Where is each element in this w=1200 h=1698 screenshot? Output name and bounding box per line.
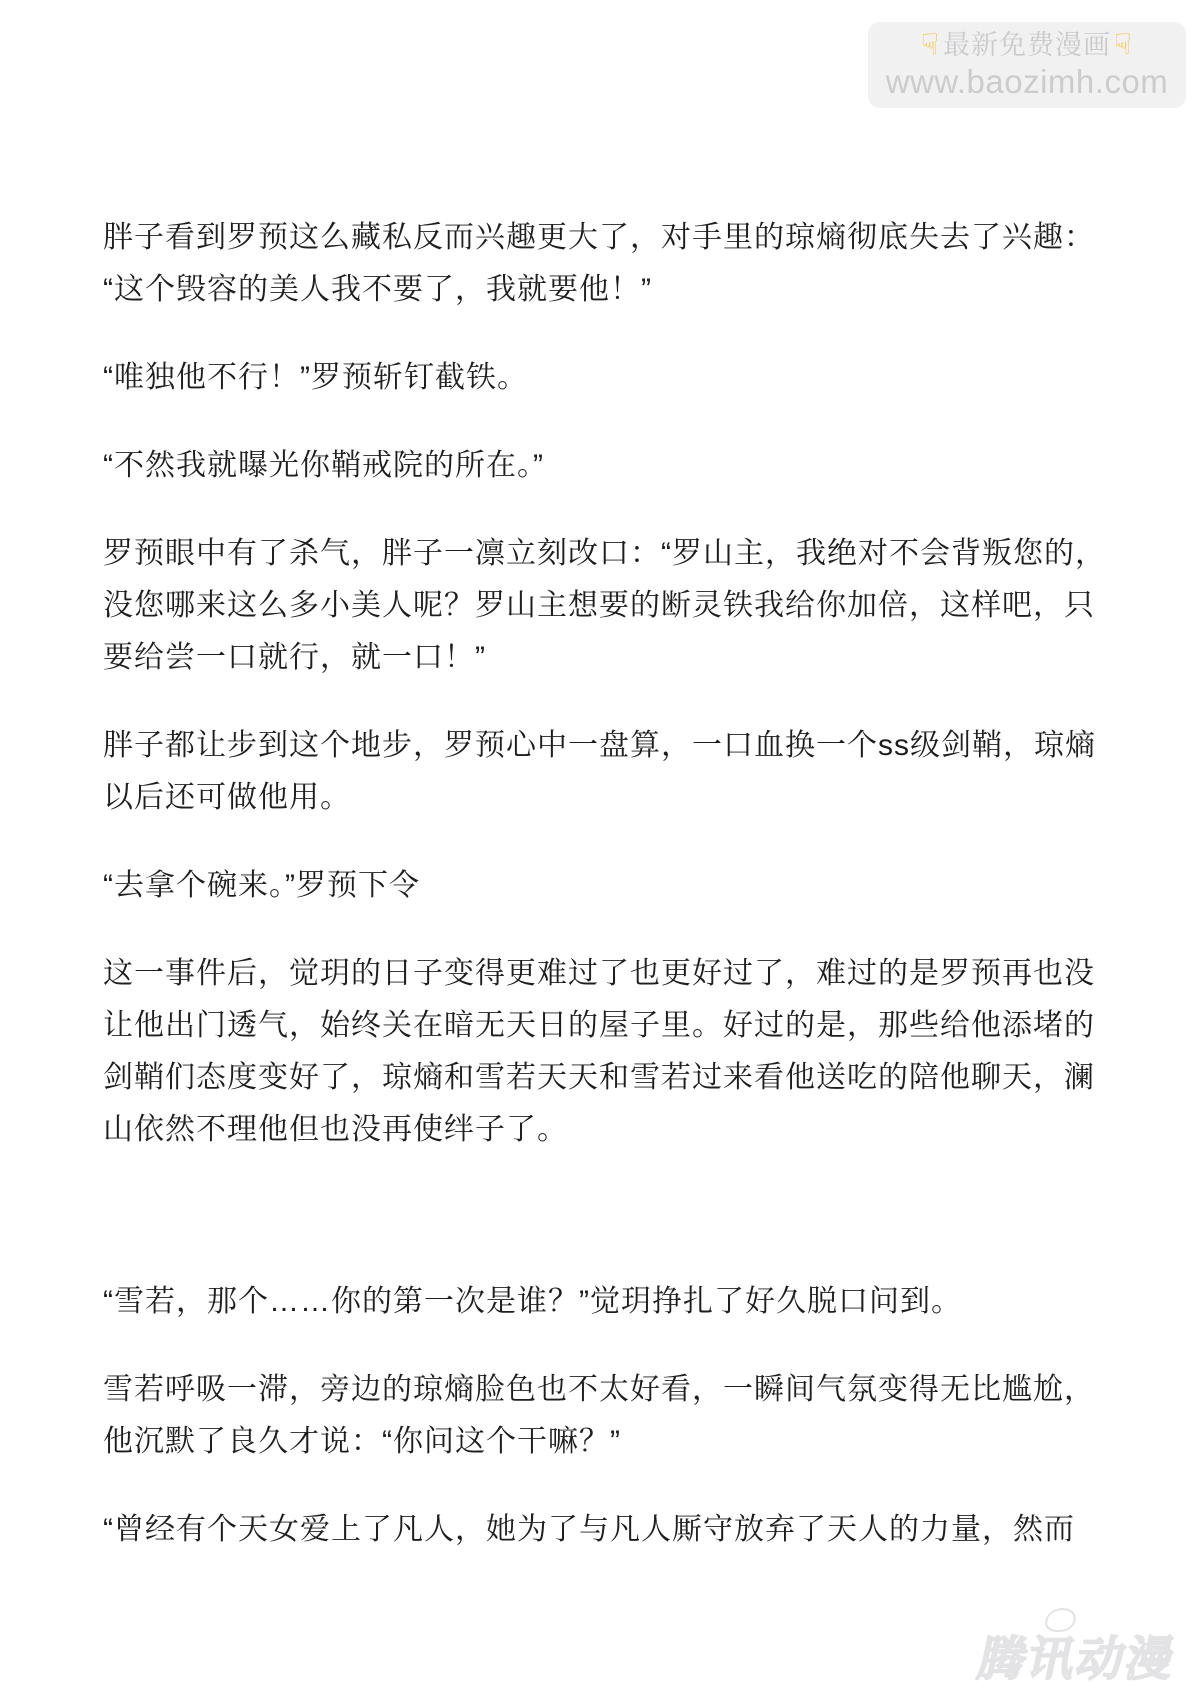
tencent-logo-text: 腾讯动漫: [974, 1632, 1181, 1685]
novel-text: 胖子看到罗预这么藏私反而兴趣更大了，对手里的琼熵彻底失去了兴趣： “这个毁容的美…: [103, 212, 1113, 1592]
badge-url: www.baozimh.com: [886, 62, 1169, 102]
badge-title: 最新免费漫画: [943, 30, 1111, 60]
paragraph: 胖子都让步到这个地步，罗预心中一盘算，一口血换一个ss级剑鞘，琼熵 以后还可做他…: [103, 720, 1113, 824]
paragraph: “雪若，那个……你的第一次是谁？”觉玥挣扎了好久脱口问到。: [103, 1276, 1113, 1328]
down-pointing-hand-icon: ☟: [921, 29, 940, 61]
tencent-comics-watermark: 腾讯动漫: [973, 1622, 1183, 1689]
paragraph: “去拿个碗来。”罗预下令: [103, 860, 1113, 912]
baozimh-watermark-badge[interactable]: ☟最新免费漫画☟ www.baozimh.com: [868, 22, 1186, 108]
paragraph: “不然我就曝光你鞘戒院的所在。”: [103, 440, 1113, 492]
paragraph: “曾经有个天女爱上了凡人，她为了与凡人厮守放弃了天人的力量，然而: [103, 1504, 1113, 1556]
down-pointing-hand-icon: ☟: [1114, 29, 1133, 61]
paragraph: “唯独他不行！”罗预斩钉截铁。: [103, 352, 1113, 404]
paragraph: 胖子看到罗预这么藏私反而兴趣更大了，对手里的琼熵彻底失去了兴趣： “这个毁容的美…: [103, 212, 1113, 316]
badge-title-row: ☟最新免费漫画☟: [918, 29, 1135, 62]
paragraph: 这一事件后，觉玥的日子变得更难过了也更好过了，难过的是罗预再也没 让他出门透气，…: [103, 948, 1113, 1156]
paragraph: 罗预眼中有了杀气，胖子一凛立刻改口：“罗山主，我绝对不会背叛您的， 没您哪来这么…: [103, 528, 1113, 684]
mascot-icon: [1043, 1608, 1078, 1632]
paragraph: 雪若呼吸一滞，旁边的琼熵脸色也不太好看，一瞬间气氛变得无比尴尬， 他沉默了良久才…: [103, 1364, 1113, 1468]
manga-text-page: { "watermark_badge": { "hand_icon": "☟",…: [0, 0, 1200, 1698]
